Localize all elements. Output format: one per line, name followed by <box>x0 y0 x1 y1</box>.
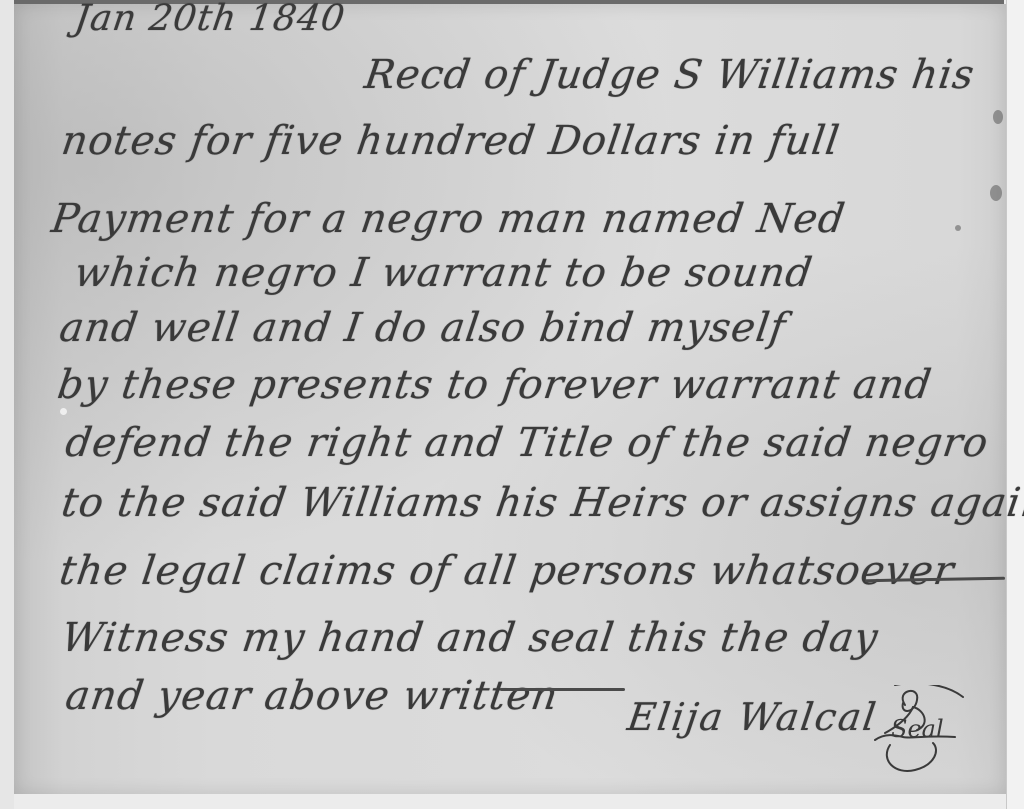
paper-blemish <box>60 408 67 415</box>
scan-margin-right <box>1006 0 1024 809</box>
foxing-spot <box>955 225 961 231</box>
foxing-spot <box>993 110 1003 124</box>
text-line-2: notes for five hundred Dollars in full <box>59 118 843 164</box>
foxing-spot <box>990 185 1002 201</box>
text-line-8: to the said Williams his Heirs or assign… <box>59 480 1024 526</box>
text-line-10: Witness my hand and seal this the day <box>59 615 882 661</box>
line-filler-stroke <box>500 688 625 691</box>
text-line-6: by these presents to forever warrant and <box>55 362 935 408</box>
text-line-5: and well and I do also bind myself <box>57 305 789 351</box>
text-line-11: and year above written <box>63 673 562 719</box>
text-line-3: Payment for a negro man named Ned <box>49 196 848 242</box>
text-line-7: defend the right and Title of the said n… <box>63 420 992 466</box>
text-line-4: which negro I warrant to be sound <box>72 250 816 296</box>
text-line-1: Recd of Judge S Williams his <box>362 52 978 98</box>
text-line-9: the legal claims of all persons whatsoev… <box>57 548 957 594</box>
scanned-document: Jan 20th 1840 Recd of Judge S Williams h… <box>0 0 1024 809</box>
seal-label: Seal <box>891 715 944 743</box>
scan-margin-left <box>0 0 14 809</box>
signature: Elija Walcal <box>625 695 880 739</box>
seal-flourish-icon: Seal <box>855 685 965 775</box>
date-line: Jan 20th 1840 <box>72 0 348 39</box>
